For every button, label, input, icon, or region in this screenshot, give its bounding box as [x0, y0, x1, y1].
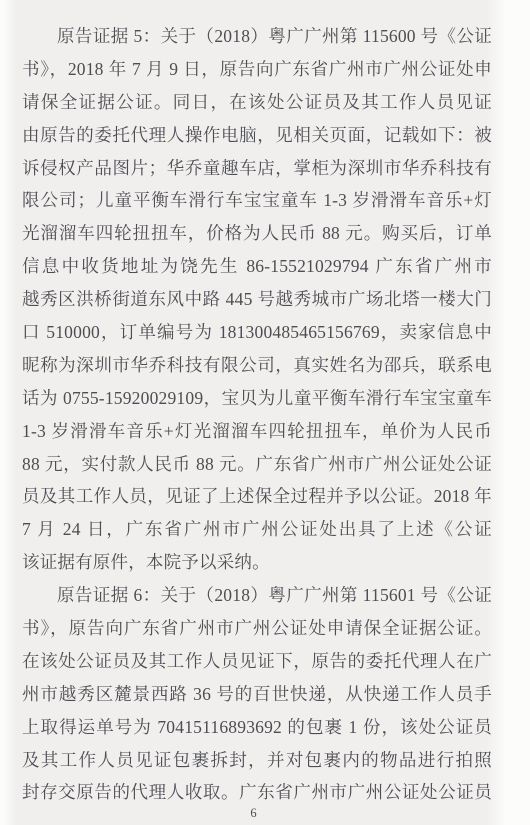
- text-line: 原告证据 6：关于（2018）粤广广州第 115601 号《公证: [22, 579, 492, 612]
- text-line: 书》，原告向广东省广州市广州公证处申请保全证据公证。: [22, 612, 492, 645]
- text-line: 昵称为深圳市华乔科技有限公司，真实姓名为邵兵，联系电: [22, 349, 492, 382]
- scanned-court-document-page: 原告证据 5：关于（2018）粤广广州第 115600 号《公证 书》，2018…: [0, 0, 530, 825]
- text-line: 原告证据 5：关于（2018）粤广广州第 115600 号《公证: [22, 20, 492, 53]
- text-line: 及其工作人员见证包裹拆封，并对包裹内的物品进行拍照后，: [22, 744, 492, 777]
- text-line: 信息中收货地址为饶先生 86-15521029794 广东省广州市: [22, 250, 492, 283]
- document-body: 原告证据 5：关于（2018）粤广广州第 115600 号《公证 书》，2018…: [22, 20, 492, 809]
- text-line: 88 元，实付款人民币 88 元。广东省广州市广州公证处公证: [22, 448, 492, 481]
- text-line: 上取得运单号为 70415116893692 的包裹 1 份，该处公证员: [22, 711, 492, 744]
- text-line: 州市越秀区麓景西路 36 号的百世快递，从快递工作人员手: [22, 678, 492, 711]
- text-line: 限公司；儿童平衡车滑行车宝宝童车 1-3 岁滑滑车音乐+灯: [22, 184, 492, 217]
- text-line: 员及其工作人员，见证了上述保全过程并予以公证。2018 年: [22, 480, 492, 513]
- text-line: 越秀区洪桥街道东风中路 445 号越秀城市广场北塔一楼大门: [22, 283, 492, 316]
- text-line: 由原告的委托代理人操作电脑，见相关页面，记载如下：被: [22, 119, 492, 152]
- text-line: 光溜溜车四轮扭扭车，价格为人民币 88 元。购买后，订单: [22, 217, 492, 250]
- page-number: 6: [5, 806, 502, 821]
- evidence-paragraph-6: 原告证据 6：关于（2018）粤广广州第 115601 号《公证 书》，原告向广…: [22, 579, 492, 809]
- text-line: 1-3 岁滑滑车音乐+灯光溜溜车四轮扭扭车，单价为人民币: [22, 415, 492, 448]
- evidence-paragraph-5: 原告证据 5：关于（2018）粤广广州第 115600 号《公证 书》，2018…: [22, 20, 492, 579]
- text-line: 口 510000，订单编号为 181300485465156769，卖家信息中: [22, 316, 492, 349]
- text-line: 书》，2018 年 7 月 9 日，原告向广东省广州市广州公证处申: [22, 53, 492, 86]
- text-line: 封存交原告的代理人收取。广东省广州市广州公证处公证员: [22, 776, 492, 809]
- text-line: 7 月 24 日，广东省广州市广州公证处出具了上述《公证书》。: [22, 513, 492, 546]
- text-line: 话为 0755-15920029109，宝贝为儿童平衡车滑行车宝宝童车: [22, 382, 492, 415]
- text-line: 诉侵权产品图片；华乔童趣车店，掌柜为深圳市华乔科技有: [22, 152, 492, 185]
- text-line: 请保全证据公证。同日，在该处公证员及其工作人员见证下，: [22, 86, 492, 119]
- text-line: 该证据有原件，本院予以采纳。: [22, 546, 492, 579]
- text-line: 在该处公证员及其工作人员见证下，原告的委托代理人在广: [22, 645, 492, 678]
